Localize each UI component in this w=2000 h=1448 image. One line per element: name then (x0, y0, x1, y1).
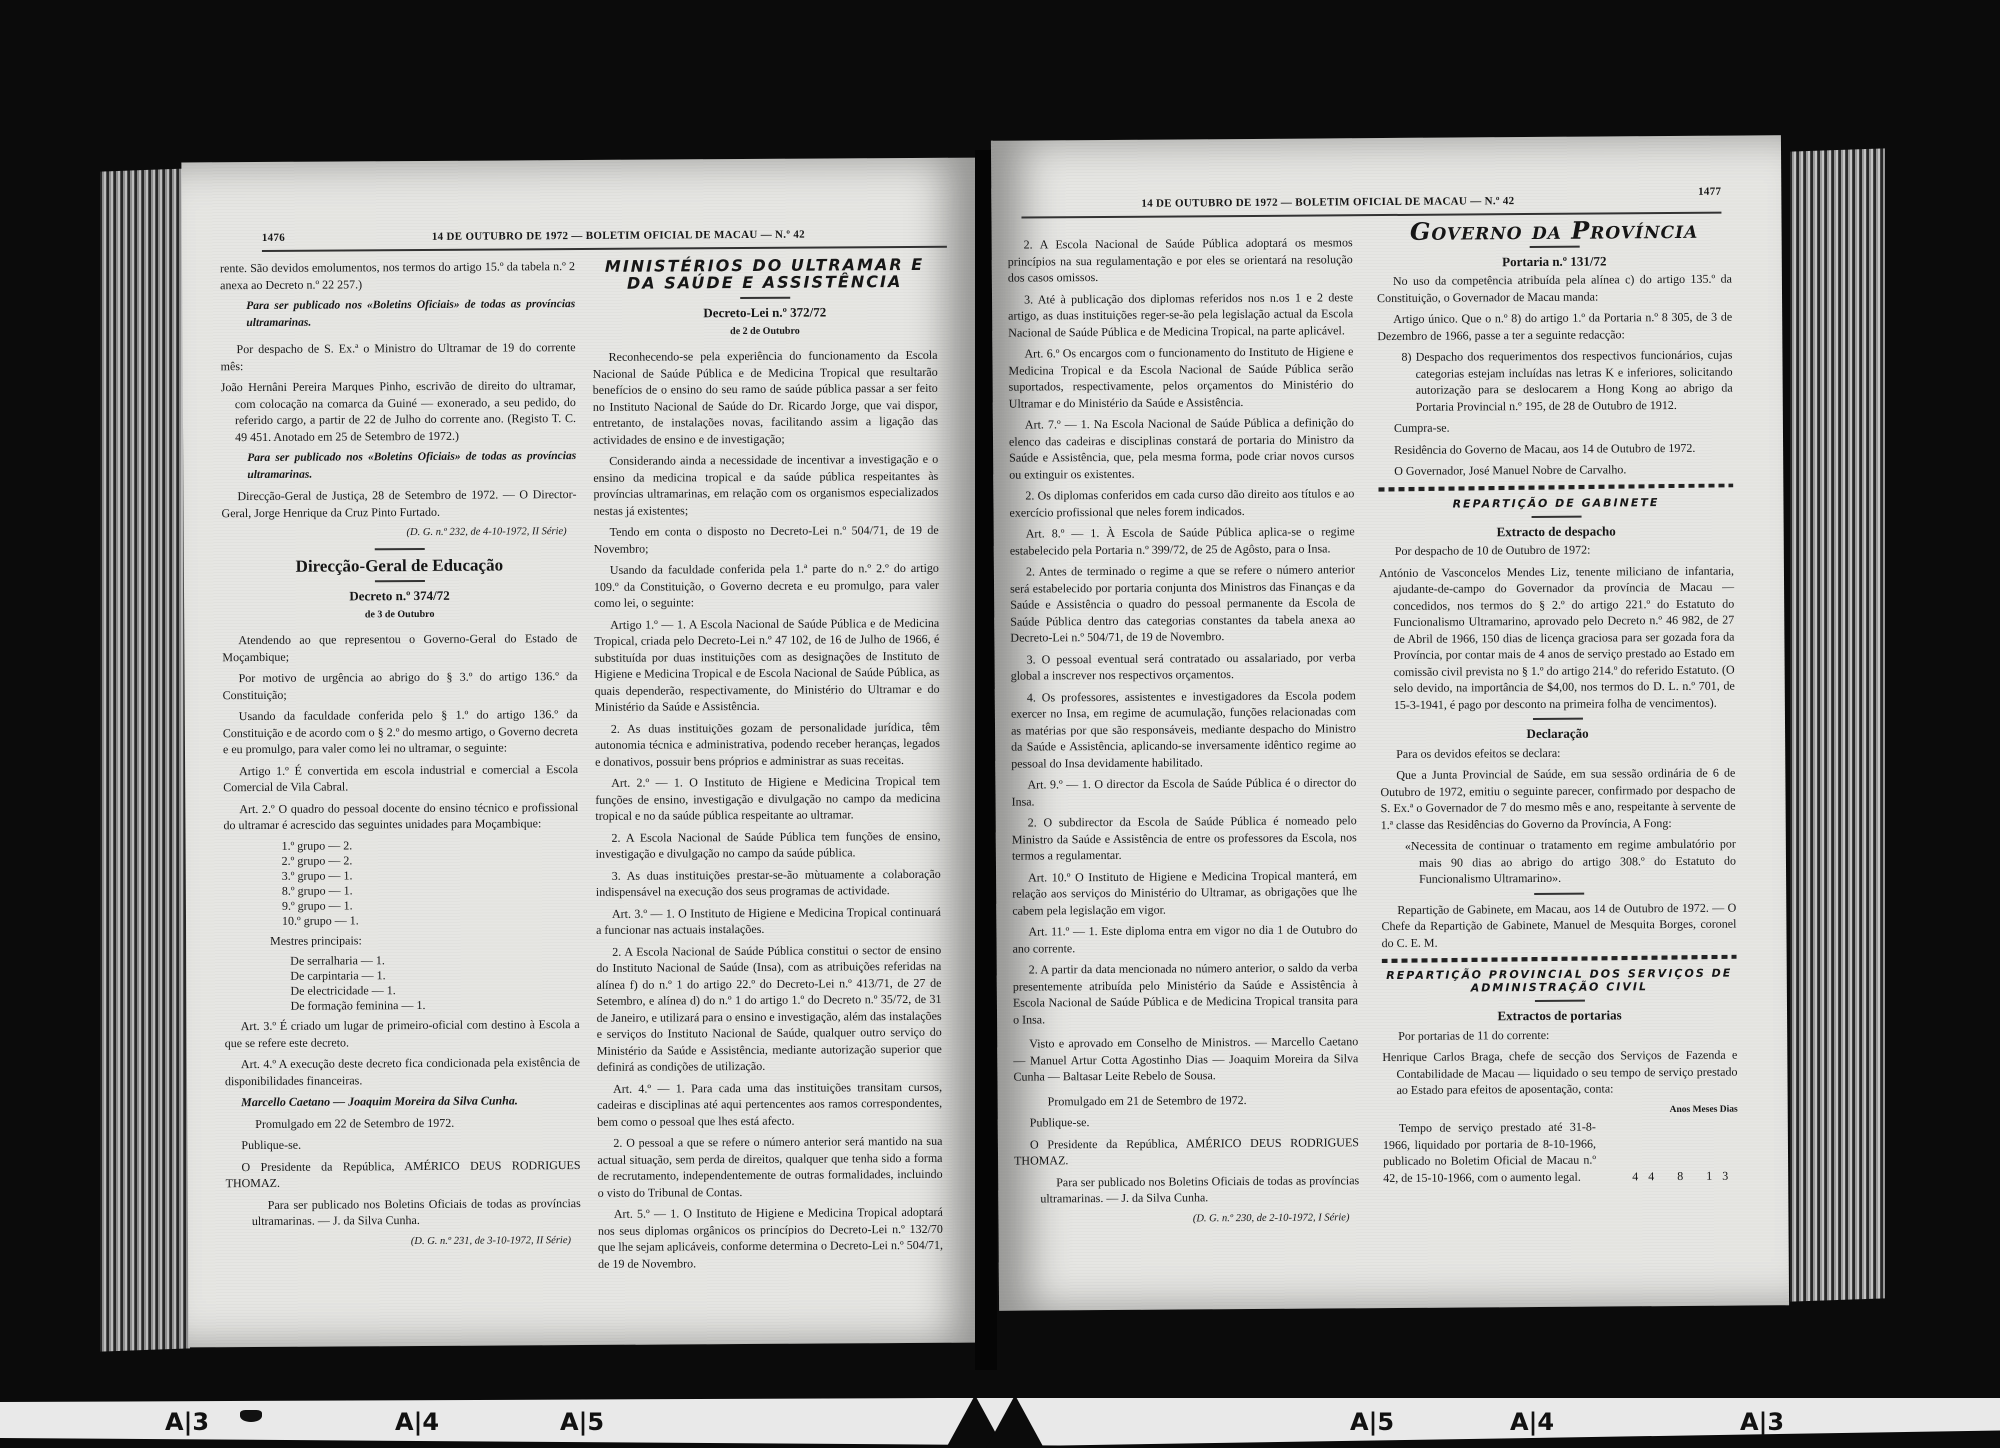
paragraph: Artigo único. Que o n.º 8) do artigo 1.º… (1377, 309, 1732, 344)
running-title: 14 DE OUTUBRO DE 1972 — BOLETIM OFICIAL … (1141, 195, 1514, 210)
publication-note: Para ser publicado nos Boletins Oficiais… (226, 1195, 581, 1230)
paragraph: Tendo em conta o disposto no Decreto-Lei… (594, 522, 939, 557)
ministry-heading: MINISTÉRIOS DO ULTRAMAR E DA SAÚDE E ASS… (592, 256, 937, 292)
paragraph: Art. 9.º — 1. O director da Escola de Sa… (1011, 774, 1356, 809)
paragraph: 4. Os professores, assistentes e investi… (1011, 687, 1357, 772)
paragraph: Artigo 1.º É convertida em escola indust… (223, 761, 578, 796)
paragraph: Artigo 1.º — 1. A Escola Nacional de Saú… (594, 614, 940, 715)
left-column-2: MINISTÉRIOS DO ULTRAMAR E DA SAÚDE E ASS… (592, 254, 943, 1277)
divider (1531, 515, 1581, 517)
paragraph: Henrique Carlos Braga, chefe de secção d… (1382, 1047, 1737, 1099)
extract-title: Extractos de portarias (1382, 1007, 1737, 1026)
paragraph: 2. O pessoal a que se refere o número an… (597, 1133, 942, 1201)
paragraph: 3. As duas instituições prestar-se-ão mù… (596, 865, 941, 900)
paragraph: Art. 10.º O Instituto de Higiene e Medic… (1012, 867, 1357, 919)
publication-note: Para ser publicado nos «Boletins Oficiai… (221, 448, 576, 483)
paragraph: O Presidente da República, AMÉRICO DEUS … (1014, 1134, 1359, 1169)
decree-date: de 3 de Outubro (222, 606, 577, 625)
divider (740, 297, 790, 299)
paragraph: O Presidente da República, AMÉRICO DEUS … (225, 1157, 580, 1192)
paragraph: 8) Despacho dos requerimentos dos respec… (1377, 347, 1732, 415)
decree-title: Decreto n.º 374/72 (222, 587, 577, 606)
paragraph: Promulgado em 22 de Setembro de 1972. (225, 1114, 580, 1133)
paragraph: Publique-se. (1014, 1112, 1359, 1131)
paragraph: 2. Os diplomas conferidos em cada curso … (1009, 485, 1354, 520)
service-time-row: Tempo de serviço prestado até 31-8-1966,… (1383, 1118, 1738, 1186)
reference: (D. G. n.º 231, de 3-10-1972, II Série) (226, 1233, 571, 1252)
paragraph: Promulgado em 21 de Setembro de 1972. (1014, 1091, 1359, 1110)
paragraph: Art. 8.º — 1. À Escola de Saúde Pública … (1010, 523, 1355, 558)
running-title: 14 DE OUTUBRO DE 1972 — BOLETIM OFICIAL … (432, 229, 805, 243)
film-blot (240, 1410, 262, 1422)
paragraph: Direcção-Geral de Justiça, 28 de Setembr… (221, 486, 576, 521)
publication-note: Para ser publicado nos «Boletins Oficiai… (220, 296, 575, 331)
department-heading: REPARTIÇÃO PROVINCIAL DOS SERVIÇOS DE AD… (1382, 967, 1737, 995)
service-time-values: 44 8 13 (1632, 1167, 1739, 1184)
left-column-1: rente. São devidos emolumentos, nos term… (220, 258, 581, 1257)
paragraph: 2. A Escola Nacional de Saúde Pública ad… (1008, 234, 1353, 286)
paragraph: Cumpra-se. (1378, 418, 1733, 437)
paragraph: Residência do Governo de Macau, aos 14 d… (1378, 439, 1733, 458)
divider (1532, 718, 1582, 720)
paragraph: Por portarias de 11 do corrente: (1382, 1025, 1737, 1044)
ornamental-divider (1378, 483, 1733, 491)
frame-mark: A|4 (1510, 1408, 1554, 1436)
column-header: Anos Meses Dias (1383, 1101, 1738, 1120)
paragraph: Considerando ainda a necessidade de ince… (593, 451, 938, 519)
paragraph: Usando da faculdade conferida pelo § 1.º… (223, 706, 578, 758)
book-edge-right (1790, 148, 1885, 1301)
paragraph: Repartição de Gabinete, em Macau, aos 14… (1381, 899, 1736, 951)
book-edge-left (100, 168, 190, 1351)
portaria-title: Portaria n.º 131/72 (1377, 252, 1732, 271)
paragraph: Para os devidos efeitos se declara: (1380, 743, 1735, 762)
paragraph: 2. A Escola Nacional de Saúde Pública te… (595, 827, 940, 862)
paragraph: Por despacho de 10 de Outubro de 1972: (1379, 541, 1734, 560)
service-time-text: Tempo de serviço prestado até 31-8-1966,… (1383, 1119, 1596, 1186)
frame-mark: A|3 (165, 1408, 209, 1436)
paragraph: O Governador, José Manuel Nobre de Carva… (1378, 461, 1733, 480)
extract-title: Extracto de despacho (1379, 522, 1734, 541)
paragraph: 2. A partir da data mencionada no número… (1013, 959, 1358, 1027)
paragraph: No uso da competência atribuída pela alí… (1377, 271, 1732, 306)
declaration-title: Declaração (1380, 725, 1735, 744)
section-title: Direcção-Geral de Educação (222, 557, 577, 576)
paragraph: Visto e aprovado em Conselho de Ministro… (1013, 1033, 1358, 1085)
page-number: 1476 (262, 232, 285, 244)
grupos-list: 1.º grupo — 2. 2.º grupo — 2. 3.º grupo … (282, 837, 580, 929)
paragraph: 2. A Escola Nacional de Saúde Pública co… (596, 941, 942, 1075)
page-number: 1477 (1698, 186, 1721, 198)
list-item: De formação feminina — 1. (290, 997, 579, 1014)
right-column-1: 2. A Escola Nacional de Saúde Pública ad… (1008, 234, 1360, 1234)
right-column-2: Governo da Província Portaria n.º 131/72… (1377, 222, 1739, 1186)
ornamental-divider (1382, 955, 1737, 963)
signatories: Marcello Caetano — Joaquim Moreira da Si… (225, 1092, 580, 1111)
mestres-list: De serralharia — 1. De carpintaria — 1. … (290, 952, 579, 1014)
divider (1534, 1000, 1584, 1002)
paragraph: Art. 3.º É criado um lugar de primeiro-o… (225, 1016, 580, 1051)
left-page: 1476 14 DE OUTUBRO DE 1972 — BOLETIM OFI… (181, 158, 983, 1348)
paragraph: Art. 7.º — 1. Na Escola Nacional de Saúd… (1009, 414, 1354, 482)
paragraph: rente. São devidos emolumentos, nos term… (220, 258, 575, 293)
paragraph: Art. 4.º A execução deste decreto fica c… (225, 1054, 580, 1089)
reference: (D. G. n.º 232, de 4-10-1972, II Série) (222, 524, 567, 543)
frame-mark: A|5 (1350, 1408, 1394, 1436)
paragraph: João Hernâni Pereira Marques Pinho, escr… (221, 377, 576, 445)
paragraph: Atendendo ao que representou o Governo-G… (222, 630, 577, 665)
list-item: De carpintaria — 1. (290, 967, 579, 984)
paragraph: Que a Junta Provincial de Saúde, em sua … (1380, 765, 1735, 833)
government-heading: Governo da Província (1377, 222, 1732, 241)
paragraph: 3. Até à publicação dos diplomas referid… (1008, 289, 1353, 341)
department-heading: REPARTIÇÃO DE GABINETE (1378, 495, 1733, 510)
reference: (D. G. n.º 230, de 2-10-1972, I Série) (1014, 1210, 1349, 1229)
paragraph: Mestres principais: (224, 931, 579, 950)
paragraph: Usando da faculdade conferida pela 1.ª p… (594, 560, 939, 612)
paragraph: Art. 4.º — 1. Para cada uma das institui… (597, 1078, 942, 1130)
publication-note: Para ser publicado nos Boletins Oficiais… (1014, 1172, 1359, 1207)
paragraph: Art. 2.º O quadro do pessoal docente do … (223, 799, 578, 834)
divider (374, 547, 424, 549)
paragraph: Por motivo de urgência ao abrigo do § 3.… (222, 668, 577, 703)
paragraph: Art. 2.º — 1. O Instituto de Higiene e M… (595, 773, 940, 825)
right-page: 14 DE OUTUBRO DE 1972 — BOLETIM OFICIAL … (991, 135, 1789, 1310)
paragraph: Art. 5.º — 1. O Instituto de Higiene e M… (598, 1204, 943, 1272)
list-item: De serralharia — 1. (290, 952, 579, 969)
paragraph: 2. O subdirector da Escola de Saúde Públ… (1012, 812, 1357, 864)
film-notch (985, 1395, 1045, 1448)
list-item: 10.º grupo — 1. (282, 912, 579, 929)
paragraph: 2. As duas instituições gozam de persona… (595, 718, 940, 770)
decree-title: Decreto-Lei n.º 372/72 (592, 304, 937, 323)
divider (374, 580, 424, 582)
paragraph: António de Vasconcelos Mendes Liz, tenen… (1379, 562, 1735, 713)
divider (1534, 892, 1584, 894)
paragraph: Art. 11.º — 1. Este diploma entra em vig… (1012, 921, 1357, 956)
quote: «Necessita de continuar o tratamento em … (1381, 836, 1736, 888)
frame-mark: A|4 (395, 1408, 439, 1436)
running-head-left: 1476 14 DE OUTUBRO DE 1972 — BOLETIM OFI… (262, 226, 947, 252)
paragraph: Art. 6.º Os encargos com o funcionamento… (1008, 343, 1353, 411)
decree-date: de 2 de Outubro (592, 322, 937, 341)
paragraph: Reconhecendo-se pela experiência do func… (593, 347, 939, 448)
paragraph: 2. Antes de terminado o regime a que se … (1010, 561, 1356, 646)
paragraph: 3. O pessoal eventual será contratado ou… (1010, 649, 1355, 684)
paragraph: Publique-se. (225, 1135, 580, 1154)
frame-mark: A|5 (560, 1408, 604, 1436)
paragraph: Por despacho de S. Ex.ª o Ministro do Ul… (220, 339, 575, 374)
frame-mark: A|3 (1740, 1408, 1784, 1436)
divider (1529, 245, 1579, 247)
paragraph: Art. 3.º — 1. O Instituto de Higiene e M… (596, 903, 941, 938)
list-item: De electricidade — 1. (290, 982, 579, 999)
